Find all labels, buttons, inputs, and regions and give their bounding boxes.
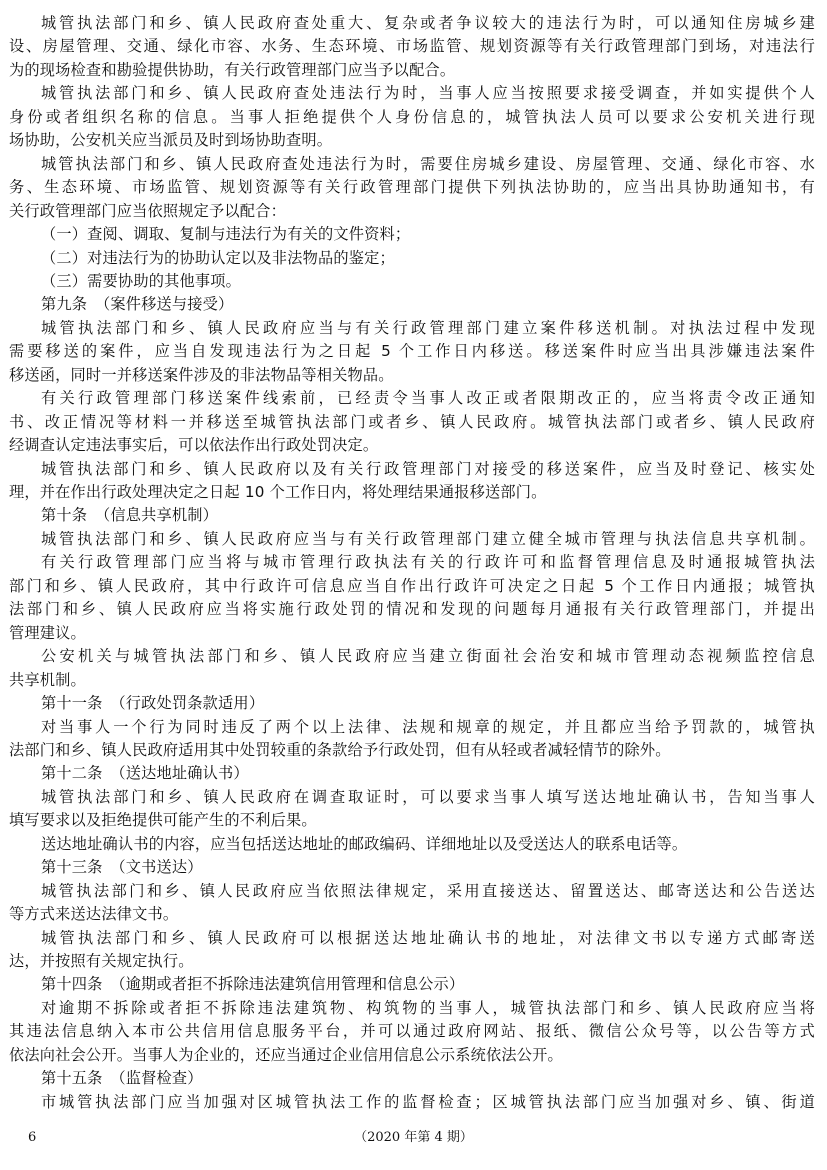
text-line: 法部门和乡、镇人民政府适用其中处罚较重的条款给予行政处罚，但有从轻或者减轻情节的… bbox=[9, 739, 815, 762]
text-line: 第十一条 （行政处罚条款适用） bbox=[41, 692, 815, 715]
text-line: 城管执法部门和乡、镇人民政府查处重大、复杂或者争议较大的违法行为时，可以通知住房… bbox=[41, 12, 815, 35]
text-line: 送达地址确认书的内容，应当包括送达地址的邮政编码、详细地址以及受送达人的联系电话… bbox=[41, 833, 815, 856]
text-line: 身份或者组织名称的信息。当事人拒绝提供个人身份信息的，城管执法人员可以要求公安机… bbox=[9, 106, 815, 129]
text-line: 城管执法部门和乡、镇人民政府应当与有关行政管理部门建立健全城市管理与执法信息共享… bbox=[41, 528, 815, 551]
issue-label: （2020 年第 4 期） bbox=[0, 1129, 827, 1147]
text-line: 城管执法部门和乡、镇人民政府可以根据送达地址确认书的地址，对法律文书以专递方式邮… bbox=[41, 927, 815, 950]
text-line: 为的现场检查和勘验提供协助，有关行政管理部门应当予以配合。 bbox=[9, 59, 815, 82]
text-line: 对逾期不拆除或者拒不拆除违法建筑物、构筑物的当事人，城管执法部门和乡、镇人民政府… bbox=[41, 997, 815, 1020]
text-line: 设、房屋管理、交通、绿化市容、水务、生态环境、市场监管、规划资源等有关行政管理部… bbox=[9, 35, 815, 58]
text-line: 部门和乡、镇人民政府，其中行政许可信息应当自作出行政许可决定之日起 5 个工作日… bbox=[9, 575, 815, 598]
text-line: 理，并在作出行政处理决定之日起 10 个工作日内，将处理结果通报移送部门。 bbox=[9, 481, 815, 504]
text-line: （二）对违法行为的协助认定以及非法物品的鉴定； bbox=[41, 247, 815, 270]
text-line: 需要移送的案件，应当自发现违法行为之日起 5 个工作日内移送。移送案件时应当出具… bbox=[9, 340, 815, 363]
text-line: 依法向社会公开。当事人为企业的，还应当通过企业信用信息公示系统依法公开。 bbox=[9, 1044, 815, 1067]
text-line: 移送函，同时一并移送案件涉及的非法物品等相关物品。 bbox=[9, 364, 815, 387]
text-line: 市城管执法部门应当加强对区城管执法工作的监督检查；区城管执法部门应当加强对乡、镇… bbox=[41, 1091, 815, 1114]
text-line: 城管执法部门和乡、镇人民政府在调查取证时，可以要求当事人填写送达地址确认书，告知… bbox=[41, 786, 815, 809]
text-line: 填写要求以及拒绝提供可能产生的不利后果。 bbox=[9, 809, 815, 832]
text-line: 城管执法部门和乡、镇人民政府以及有关行政管理部门对接受的移送案件，应当及时登记、… bbox=[41, 458, 815, 481]
text-line: 第九条 （案件移送与接受） bbox=[41, 293, 815, 316]
document-page: 城管执法部门和乡、镇人民政府查处重大、复杂或者争议较大的违法行为时，可以通知住房… bbox=[0, 0, 827, 1170]
text-line: 第十四条 （逾期或者拒不拆除违法建筑信用管理和信息公示） bbox=[41, 973, 815, 996]
text-line: 共享机制。 bbox=[9, 669, 815, 692]
text-line: （一）查阅、调取、复制与违法行为有关的文件资料； bbox=[41, 223, 815, 246]
text-line: 法部门和乡、镇人民政府应当将实施行政处罚的情况和发现的问题每月通报有关行政管理部… bbox=[9, 598, 815, 621]
text-line: 城管执法部门和乡、镇人民政府查处违法行为时，当事人应当按照要求接受调查，并如实提… bbox=[41, 82, 815, 105]
text-line: 第十三条 （文书送达） bbox=[41, 856, 815, 879]
text-line: 关行政管理部门应当依照规定予以配合： bbox=[9, 200, 815, 223]
text-line: 达，并按照有关规定执行。 bbox=[9, 950, 815, 973]
text-line: 有关行政管理部门应当将与城市管理行政执法有关的行政许可和监督管理信息及时通报城管… bbox=[41, 551, 815, 574]
text-line: 等方式来送达法律文书。 bbox=[9, 903, 815, 926]
text-line: 城管执法部门和乡、镇人民政府查处违法行为时，需要住房城乡建设、房屋管理、交通、绿… bbox=[41, 153, 815, 176]
text-line: 务、生态环境、市场监管、规划资源等有关行政管理部门提供下列执法协助的，应当出具协… bbox=[9, 176, 815, 199]
text-line: 第十五条 （监督检查） bbox=[41, 1067, 815, 1090]
text-line: 经调查认定违法事实后，可以依法作出行政处罚决定。 bbox=[9, 434, 815, 457]
text-line: 其违法信息纳入本市公共信用信息服务平台，并可以通过政府网站、报纸、微信公众号等，… bbox=[9, 1020, 815, 1043]
text-line: 公安机关与城管执法部门和乡、镇人民政府应当建立街面社会治安和城市管理动态视频监控… bbox=[41, 645, 815, 668]
text-line: 管理建议。 bbox=[9, 622, 815, 645]
text-line: 场协助，公安机关应当派员及时到场协助查明。 bbox=[9, 129, 815, 152]
text-line: 第十条 （信息共享机制） bbox=[41, 504, 815, 527]
text-line: 对当事人一个行为同时违反了两个以上法律、法规和规章的规定，并且都应当给予罚款的，… bbox=[41, 716, 815, 739]
text-line: （三）需要协助的其他事项。 bbox=[41, 270, 815, 293]
text-line: 有关行政管理部门移送案件线索前，已经责令当事人改正或者限期改正的，应当将责令改正… bbox=[41, 387, 815, 410]
text-line: 书、改正情况等材料一并移送至城管执法部门或者乡、镇人民政府。城管执法部门或者乡、… bbox=[9, 411, 815, 434]
text-line: 第十二条 （送达地址确认书） bbox=[41, 762, 815, 785]
text-line: 城管执法部门和乡、镇人民政府应当依照法律规定，采用直接送达、留置送达、邮寄送达和… bbox=[41, 880, 815, 903]
text-line: 城管执法部门和乡、镇人民政府应当与有关行政管理部门建立案件移送机制。对执法过程中… bbox=[41, 317, 815, 340]
